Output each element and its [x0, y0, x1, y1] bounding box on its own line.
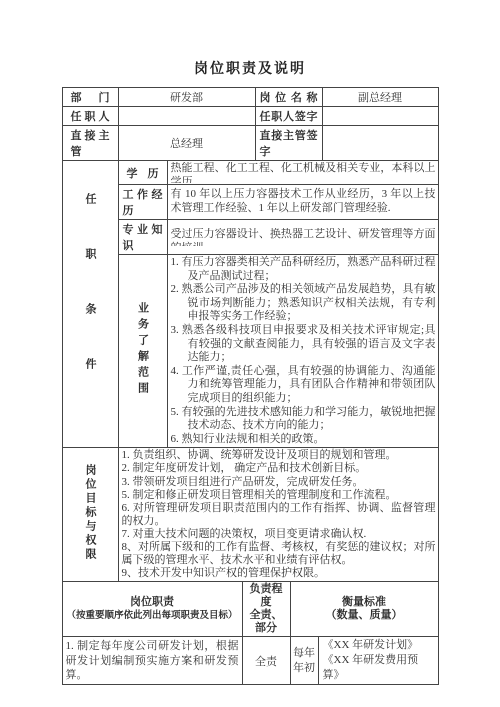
duty-header-title: 岗位职责: [66, 596, 239, 609]
goal-item: 2. 制定年度研发计划， 确定产品和技术创新目标。: [122, 462, 436, 475]
table-row: 直接主管 总经理 直接主管签字: [62, 126, 438, 161]
supervisor-signature-value: [322, 126, 438, 161]
duty-row: 1. 制定每年度公司研发计划，根据研发计划编制预实施方案和研发预算。 全责 每年…: [62, 637, 438, 685]
goals-section-label: 岗位目标与权限: [82, 464, 98, 562]
goal-item: 9、技术开发中知识产权的管理保护权限。: [122, 567, 436, 580]
duty-standard-line: 《XX 年研发费用预算》: [323, 653, 435, 683]
knowledge-label: 专业知识: [118, 220, 167, 255]
duty-text: 1. 制定每年度公司研发计划，根据研发计划编制预实施方案和研发预算。: [62, 637, 242, 685]
scope-item: 1. 有压力容器类相关产品科研经历，熟悉产品科研过程及产品测试过程；: [171, 256, 436, 283]
holder-signature-label: 任职人签字: [255, 107, 322, 126]
goal-item: 6. 对所管理研发项目职责范围内的工作有指挥、协调、监督管理的权力。: [122, 502, 436, 528]
table-row: 岗位目标与权限 1. 负责组织、协调、统筹研发设计及项目的规划和管理。 2. 制…: [62, 448, 438, 582]
degree-header-subtitle: 全责、部分: [246, 609, 287, 635]
department-label: 部门: [62, 88, 118, 107]
duty-degree: 全责: [242, 637, 290, 685]
knowledge-cell: 受过压力容器设计、换热器工艺设计、研发管理等方面的培训.: [167, 220, 438, 255]
table-row: 任职人 任职人签字: [62, 107, 438, 126]
standard-column-header: 衡量标准 （数量、质量）: [290, 582, 438, 637]
qualifications-section-cell: 任职条件: [62, 161, 118, 448]
holder-signature-value: [322, 107, 438, 126]
scope-item: 2. 熟悉公司产品涉及的相关领域产品发展趋势，具有敏锐市场判断能力；熟悉知识产权…: [171, 283, 436, 324]
duty-standards: 《XX 年研发计划》 《XX 年研发费用预算》: [318, 637, 438, 685]
goal-item: 7. 对重大技术问题的决策权，项目变更请求确认权.: [122, 528, 436, 541]
qualifications-section-label: 任职条件: [82, 193, 98, 413]
goals-section-cell: 岗位目标与权限: [62, 448, 118, 582]
table-row: 任职条件 学历 热能工程、化工工程、化工机械及相关专业，本科以上学历: [62, 161, 438, 185]
goals-table: 岗位目标与权限 1. 负责组织、协调、统筹研发设计及项目的规划和管理。 2. 制…: [62, 447, 439, 582]
page-title: 岗位职责及说明: [0, 0, 500, 87]
document-page: 岗位职责及说明 部门 研发部 岗位名称 副总经理 任职人 任职人签字 直接主管 …: [0, 0, 500, 707]
position-name-value: 副总经理: [322, 88, 438, 107]
position-name-label: 岗位名称: [255, 88, 322, 107]
experience-text: 有 10 年以上压力容器技术工作从业经历，3 年以上技术管理工作经验、1 年以上…: [171, 188, 436, 215]
holder-label: 任职人: [62, 107, 118, 126]
scope-item: 3. 熟悉各级科技项目申报要求及相关技术评审规定;具有较强的文献查阅能力，具有较…: [171, 324, 436, 365]
scope-item: 6. 熟知行业法规和相关的政策。: [171, 433, 436, 447]
qualifications-table: 任职条件 学历 热能工程、化工工程、化工机械及相关专业，本科以上学历 工作经历 …: [62, 160, 439, 448]
standard-header-subtitle: （数量、质量）: [294, 609, 435, 622]
duty-schedule-line: 每年: [292, 646, 317, 661]
scope-label: 业务了解范围: [135, 302, 151, 398]
table-row: 工作经历 有 10 年以上压力容器技术工作从业经历，3 年以上技术管理工作经验、…: [62, 185, 438, 220]
duty-column-header: 岗位职责 （按重要顺序依此列出每项职责及目标）: [62, 582, 242, 637]
experience-label: 工作经历: [118, 185, 167, 220]
standard-header-title: 衡量标准: [294, 596, 435, 609]
education-label: 学历: [118, 161, 167, 185]
goal-item: 5. 制定和修正研发项目管理相关的管理制度和工作流程。: [122, 489, 436, 502]
info-table: 部门 研发部 岗位名称 副总经理 任职人 任职人签字 直接主管 总经理 直接主管…: [62, 87, 439, 161]
goal-item: 1. 负责组织、协调、统筹研发设计及项目的规划和管理。: [122, 449, 436, 462]
goal-item: 8、对所属下级和的工作有监督、考核权，有奖惩的建议权；对所属下级的管理水平、技术…: [122, 541, 436, 567]
holder-value: [118, 107, 255, 126]
experience-cell: 有 10 年以上压力容器技术工作从业经历，3 年以上技术管理工作经验、1 年以上…: [167, 185, 438, 220]
knowledge-text: 受过压力容器设计、换热器工艺设计、研发管理等方面的培训.: [171, 228, 436, 246]
degree-column-header: 负责程度 全责、部分: [242, 582, 290, 637]
goals-list: 1. 负责组织、协调、统筹研发设计及项目的规划和管理。 2. 制定年度研发计划，…: [118, 448, 438, 582]
table-row: 专业知识 受过压力容器设计、换热器工艺设计、研发管理等方面的培训.: [62, 220, 438, 255]
duties-table: 岗位职责 （按重要顺序依此列出每项职责及目标） 负责程度 全责、部分 衡量标准 …: [62, 581, 439, 685]
supervisor-value: 总经理: [118, 126, 255, 161]
table-row: 业务了解范围 1. 有压力容器类相关产品科研经历，熟悉产品科研过程及产品测试过程…: [62, 255, 438, 448]
duty-schedule-line: 年初: [292, 661, 317, 676]
table-row: 部门 研发部 岗位名称 副总经理: [62, 88, 438, 107]
supervisor-signature-label: 直接主管签字: [255, 126, 322, 161]
degree-header-title: 负责程度: [246, 583, 287, 609]
duty-header-subtitle: （按重要顺序依此列出每项职责及目标）: [66, 609, 239, 622]
scope-item: 5. 有较强的先进技术感知能力和学习能力，敏锐地把握技术动态、技术方向的能力；: [171, 406, 436, 433]
duty-schedule: 每年 年初: [290, 637, 318, 685]
scope-item: 4. 工作严谨,责任心强，具有较强的协调能力、沟通能力和统筹管理能力，具有团队合…: [171, 365, 436, 406]
duties-header-row: 岗位职责 （按重要顺序依此列出每项职责及目标） 负责程度 全责、部分 衡量标准 …: [62, 582, 438, 637]
goal-item: 3. 带领研发项目组进行产品研发，完成研发任务。: [122, 476, 436, 489]
scope-label-cell: 业务了解范围: [118, 255, 167, 448]
education-text: 热能工程、化工工程、化工机械及相关专业，本科以上学历: [171, 162, 436, 183]
supervisor-label: 直接主管: [62, 126, 118, 161]
duty-standard-line: 《XX 年研发计划》: [323, 638, 435, 653]
department-value: 研发部: [118, 88, 255, 107]
education-cell: 热能工程、化工工程、化工机械及相关专业，本科以上学历: [167, 161, 438, 185]
scope-list: 1. 有压力容器类相关产品科研经历，熟悉产品科研过程及产品测试过程； 2. 熟悉…: [167, 255, 438, 448]
